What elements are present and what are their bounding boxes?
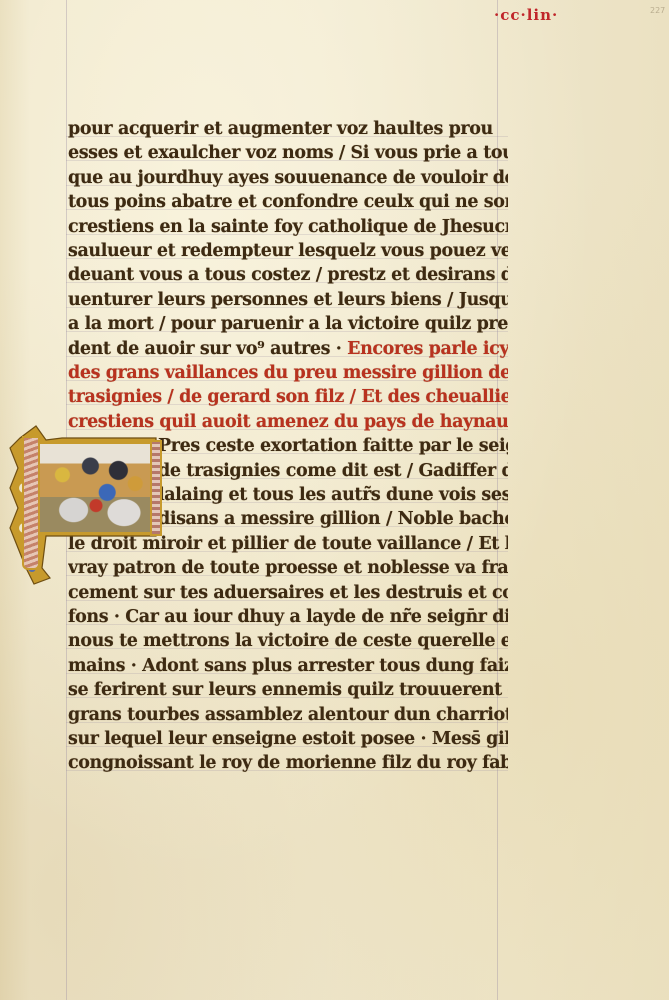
- text-line: uenturer leurs personnes et leurs biens …: [68, 288, 508, 312]
- line-text: lalaing et tous les autr̃s dune vois ses…: [158, 485, 508, 505]
- line-text: deuant vous a tous costez / prestz et de…: [68, 265, 508, 285]
- text-line: esses et exaulcher voz noms / Si vous pr…: [68, 141, 508, 165]
- initial-right-band: [150, 440, 162, 536]
- rubric-heading-start: Encores parle icy: [341, 339, 508, 359]
- text-line: de trasignies come dit est / Gadiffer de: [158, 459, 508, 483]
- line-text: que au jourdhuy ayes souuenance de voulo…: [68, 168, 508, 188]
- line-text: Pres ceste exortation faitte par le seig…: [158, 436, 508, 456]
- text-line: pour acquerir et augmenter voz haultes p…: [68, 117, 508, 141]
- text-line: deuant vous a tous costez / prestz et de…: [68, 263, 508, 287]
- line-text: trasignies / de gerard son filz / Et des…: [68, 387, 508, 407]
- line-text: a la mort / pour paruenir a la victoire …: [68, 314, 508, 334]
- line-text: nous te mettrons la victoire de ceste qu…: [68, 631, 508, 651]
- line-text: fons · Car au iour dhuy a layde de nr̃e …: [68, 607, 508, 627]
- line-text: de trasignies come dit est / Gadiffer de: [158, 461, 508, 481]
- text-line: fons · Car au iour dhuy a layde de nr̃e …: [68, 605, 508, 629]
- manuscript-page: ·cc·lin· 227 pour acquerir et augmenter …: [0, 0, 669, 1000]
- line-text: saulueur et redempteur lesquelz vous pou…: [68, 241, 508, 261]
- text-line: sur lequel leur enseigne estoit posee · …: [68, 727, 508, 751]
- text-line: mains · Adont sans plus arrester tous du…: [68, 654, 508, 678]
- line-text: congnoissant le roy de morienne filz du …: [68, 753, 508, 773]
- rubric-line: des grans vaillances du preu messire gil…: [68, 361, 508, 385]
- line-text: pour acquerir et augmenter voz haultes p…: [68, 119, 493, 139]
- line-text: esses et exaulcher voz noms / Si vous pr…: [68, 143, 508, 163]
- line-text: des grans vaillances du preu messire gil…: [68, 363, 508, 383]
- text-line: congnoissant le roy de morienne filz du …: [68, 751, 508, 775]
- text-line: crestiens en la sainte foy catholique de…: [68, 215, 508, 239]
- text-line: se ferirent sur leurs ennemis quilz trou…: [68, 678, 508, 702]
- line-text: mains · Adont sans plus arrester tous du…: [68, 656, 508, 676]
- text-line: disans a messire gillion / Noble bachele…: [158, 507, 508, 531]
- battle-scene-miniature: [38, 442, 154, 534]
- text-line: Pres ceste exortation faitte par le seig…: [158, 434, 508, 458]
- line-text: sur lequel leur enseigne estoit posee · …: [68, 729, 508, 749]
- text-line: que au jourdhuy ayes souuenance de voulo…: [68, 166, 508, 190]
- rubric-line: trasignies / de gerard son filz / Et des…: [68, 385, 508, 409]
- folio-marker: ·cc·lin·: [494, 6, 558, 24]
- line-text: uenturer leurs personnes et leurs biens …: [68, 290, 508, 310]
- page-number: 227: [650, 6, 665, 15]
- text-line: lalaing et tous les autr̃s dune vois ses…: [158, 483, 508, 507]
- line-text: tous poins abatre et confondre ceulx qui…: [68, 192, 508, 212]
- line-text: crestiens en la sainte foy catholique de…: [68, 217, 508, 237]
- text-line: dent de auoir sur vo⁹ autres · Encores p…: [68, 337, 508, 361]
- text-line: tous poins abatre et confondre ceulx qui…: [68, 190, 508, 214]
- text-line: saulueur et redempteur lesquelz vous pou…: [68, 239, 508, 263]
- line-text: disans a messire gillion / Noble bachele…: [158, 509, 508, 529]
- text-line: nous te mettrons la victoire de ceste qu…: [68, 629, 508, 653]
- line-text: dent de auoir sur vo⁹ autres ·: [68, 339, 341, 359]
- line-text: se ferirent sur leurs ennemis quilz trou…: [68, 680, 508, 700]
- line-text: grans tourbes assamblez alentour dun cha…: [68, 705, 508, 725]
- text-line: a la mort / pour paruenir a la victoire …: [68, 312, 508, 336]
- text-line: grans tourbes assamblez alentour dun cha…: [68, 703, 508, 727]
